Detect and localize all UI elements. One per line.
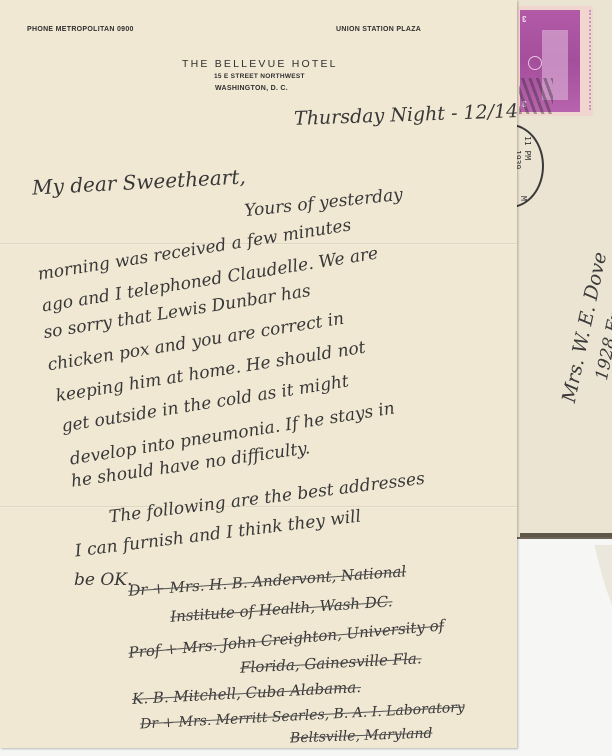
letter-sheet: PHONE METROPOLITAN 0900 UNION STATION PL… xyxy=(0,0,517,748)
letterhead-city: WASHINGTON, D. C. xyxy=(215,85,288,92)
address-line: Institute of Health, Wash DC. xyxy=(170,592,393,625)
body-line: be OK. xyxy=(74,570,132,590)
address-line: Florida, Gainesville Fla. xyxy=(240,649,422,676)
letterhead-location: UNION STATION PLAZA xyxy=(336,26,421,33)
address-line: K. B. Mitchell, Cuba Alabama. xyxy=(132,678,362,708)
envelope-torn-corner xyxy=(590,545,612,605)
address-line: Beltsville, Maryland xyxy=(290,726,433,747)
salutation: My dear Sweetheart, xyxy=(32,164,247,199)
letterhead-phone: PHONE METROPOLITAN 0900 xyxy=(27,26,134,33)
postmark-time: 11 PM xyxy=(523,136,532,160)
envelope-edge xyxy=(520,533,612,537)
letterhead-hotel-name: THE BELLEVUE HOTEL xyxy=(182,58,338,70)
letterhead-street: 15 E STREET NORTHWEST xyxy=(214,73,305,80)
body-line: Yours of yesterday xyxy=(243,185,403,222)
cancellation-lines xyxy=(519,78,553,114)
stamp-perforation xyxy=(583,10,591,110)
stamp-denomination-top: 3 xyxy=(522,14,526,23)
dateline: Thursday Night - 12/14 xyxy=(294,100,519,130)
stamp-compass-icon xyxy=(528,56,542,70)
postmark-partial: M xyxy=(519,196,528,201)
